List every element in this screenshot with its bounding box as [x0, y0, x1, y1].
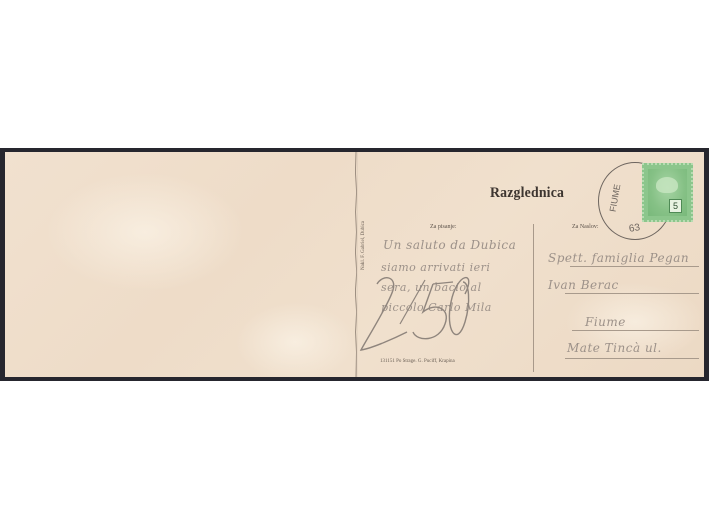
postage-stamp: 5: [642, 163, 693, 222]
pencil-price-mark: [5, 152, 704, 377]
postcard: Razglednica Za pisanje: Za Naslov: Nakl.…: [5, 152, 704, 377]
stamp-value: 5: [669, 199, 682, 213]
crown-icon: [656, 177, 678, 193]
postmark-number: 63: [628, 222, 641, 235]
postmark-town: FIUME: [608, 183, 623, 212]
